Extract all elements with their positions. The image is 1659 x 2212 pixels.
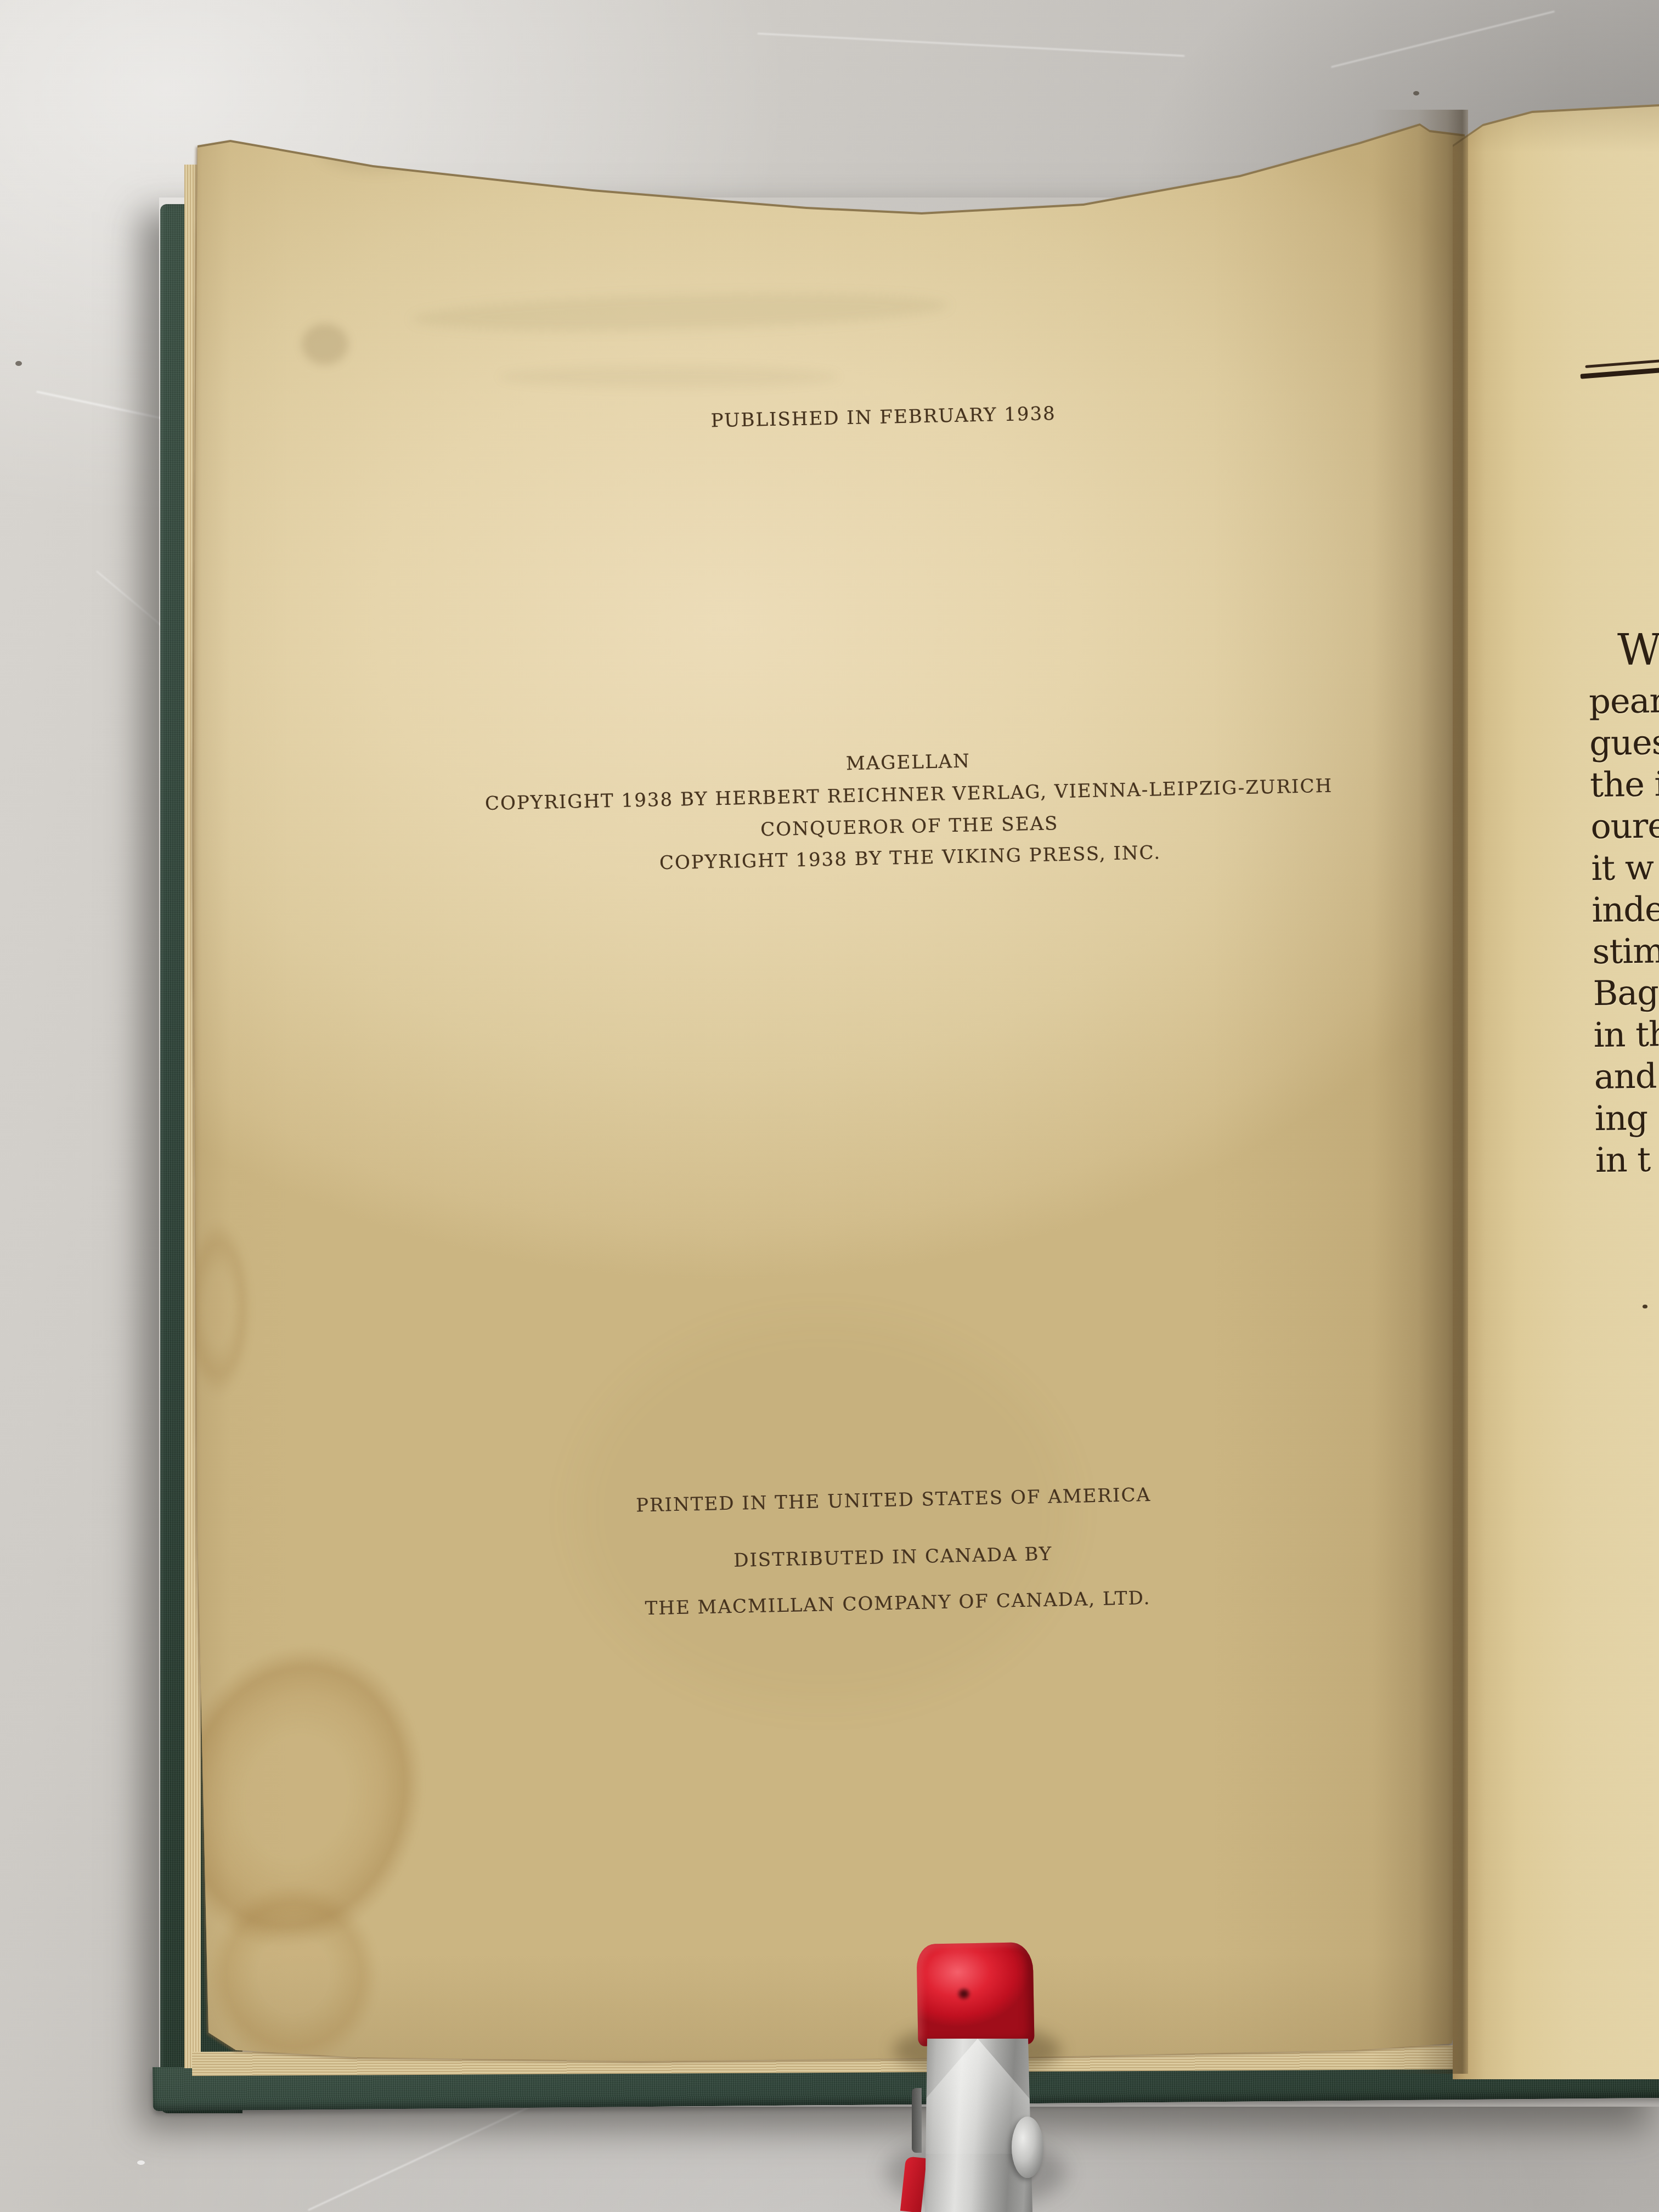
rule-line-thick (1581, 366, 1659, 379)
clamp-metal-edge (912, 2088, 922, 2153)
book-photo-scene: PUBLISHED IN FEBRUARY 1938 MAGELLAN COPY… (0, 0, 1659, 2212)
clamp-rivet (1012, 2117, 1043, 2178)
body-text-fragments: pear gues the i oure it w inde stim Bag … (1589, 680, 1659, 1181)
text-fragment: in t (1595, 1138, 1659, 1181)
clamp-red-tip (916, 1942, 1034, 2046)
text-fragment: stim (1592, 930, 1659, 973)
double-rule-ornament (1579, 358, 1659, 379)
ink-speck (1643, 1305, 1647, 1308)
text-fragment: inde (1592, 888, 1659, 931)
text-fragment: Bag (1593, 972, 1659, 1014)
gutter-shadow (1372, 110, 1468, 2074)
text-fragment: and (1594, 1055, 1659, 1098)
text-fragment: ing (1594, 1097, 1659, 1139)
text-fragment: in th (1593, 1013, 1659, 1056)
clamp-tip-dimple (957, 1987, 971, 2000)
foreword-page-partial: W pear gues the i oure it w inde stim Ba… (1453, 103, 1659, 2079)
text-fragment: oure (1590, 805, 1659, 848)
paragraph-initial: W (1617, 625, 1659, 675)
text-fragment: the i (1590, 763, 1659, 806)
rule-line-thin (1585, 359, 1659, 368)
text-fragment: it w (1591, 847, 1659, 889)
text-fragment: gues (1589, 721, 1659, 764)
text-fragment: pear (1589, 680, 1659, 723)
